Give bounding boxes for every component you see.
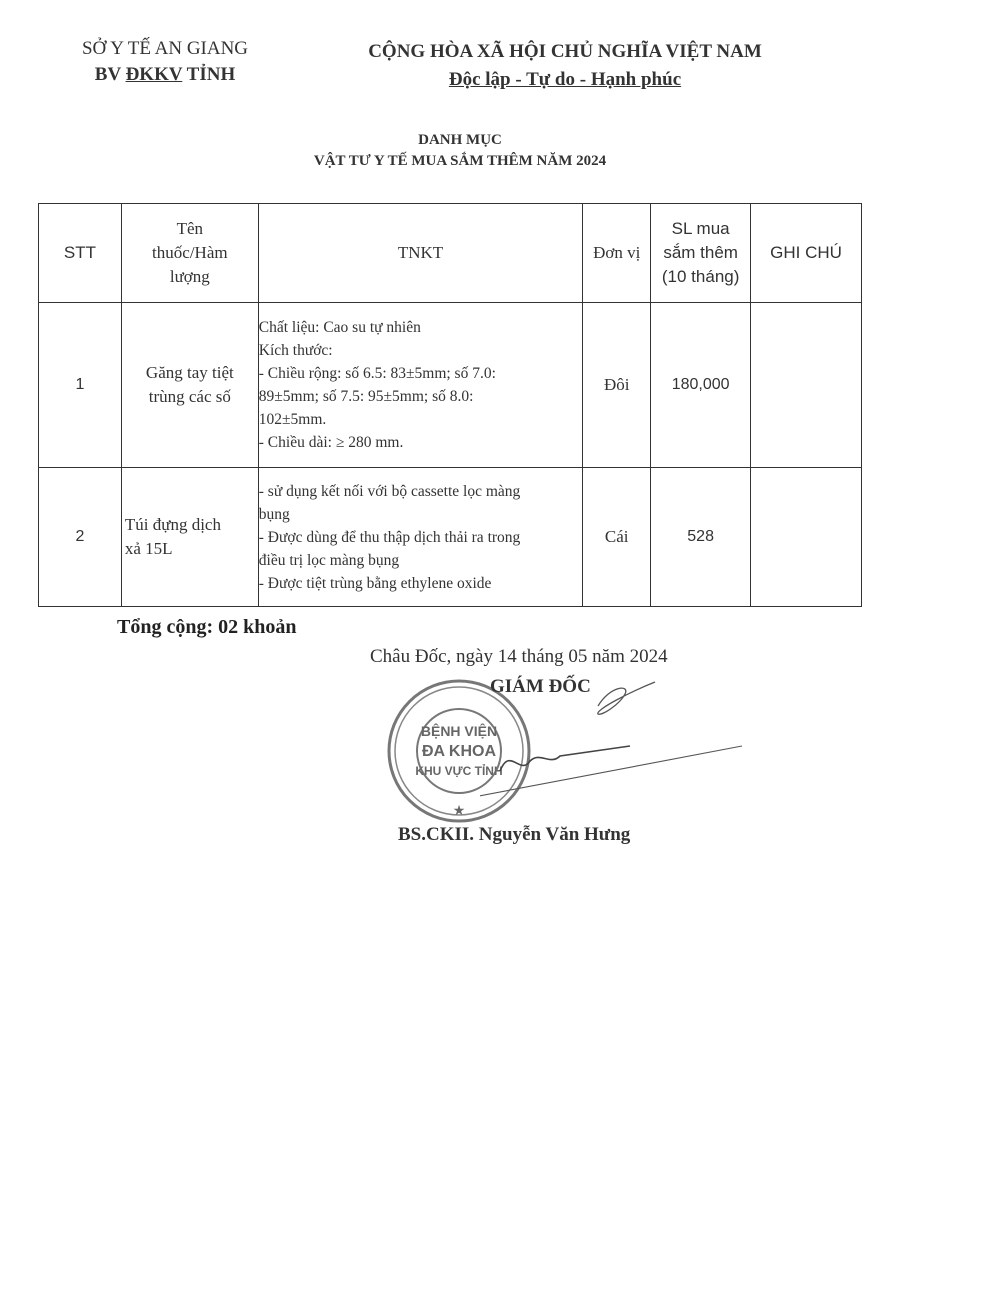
total-count: Tổng cộng: 02 khoản xyxy=(117,616,297,639)
cell-name: Găng tay tiệt trùng các số xyxy=(121,303,258,468)
cell-name-line: trùng các số xyxy=(122,385,258,409)
cell-name-line: Túi đựng dịch xyxy=(125,513,258,537)
cell-qty: 180,000 xyxy=(651,303,751,468)
table-row: 1 Găng tay tiệt trùng các số Chất liệu: … xyxy=(39,303,862,468)
cell-spec: - sử dụng kết nối với bộ cassette lọc mà… xyxy=(258,468,583,607)
hospital-abbrev: ĐKKV xyxy=(126,64,183,85)
agency-hospital: BV ĐKKV TỈNH xyxy=(40,62,290,88)
svg-text:★: ★ xyxy=(453,804,466,819)
motto: Độc lập - Tự do - Hạnh phúc xyxy=(330,66,800,94)
header-name-line: lượng xyxy=(122,265,258,289)
hospital-prefix: BV xyxy=(95,64,126,85)
agency-department: SỞ Y TẾ AN GIANG xyxy=(40,36,290,62)
spec-line: - Chiều rộng: số 6.5: 83±5mm; số 7.0: xyxy=(259,362,583,385)
spec-line: 89±5mm; số 7.5: 95±5mm; số 8.0: xyxy=(259,385,583,408)
header-name-line: Tên xyxy=(122,217,258,241)
cell-spec: Chất liệu: Cao su tự nhiên Kích thước: -… xyxy=(258,303,583,468)
spec-line: bụng xyxy=(259,503,583,526)
cell-unit: Cái xyxy=(583,468,651,607)
cell-qty: 528 xyxy=(651,468,751,607)
title-line-2: VẬT TƯ Y TẾ MUA SẮM THÊM NĂM 2024 xyxy=(230,151,690,172)
header-qty-line: SL mua xyxy=(651,217,750,241)
signer-name: BS.CKII. Nguyễn Văn Hưng xyxy=(398,824,630,846)
national-motto: CỘNG HÒA XÃ HỘI CHỦ NGHĨA VIỆT NAM Độc l… xyxy=(330,38,800,94)
header-qty-line: sắm thêm xyxy=(651,241,750,265)
cell-name-line: xả 15L xyxy=(125,537,258,561)
cell-name-line: Găng tay tiệt xyxy=(122,361,258,385)
signature-icon xyxy=(480,676,750,826)
title-line-1: DANH MỤC xyxy=(230,130,690,151)
cell-note xyxy=(751,303,862,468)
spec-line: 102±5mm. xyxy=(259,408,583,431)
country-name: CỘNG HÒA XÃ HỘI CHỦ NGHĨA VIỆT NAM xyxy=(330,38,800,66)
spec-line: - Chiều dài: ≥ 280 mm. xyxy=(259,431,583,454)
cell-unit: Đôi xyxy=(583,303,651,468)
header-qty-line: (10 tháng) xyxy=(651,265,750,289)
header-name-line: thuốc/Hàm xyxy=(122,241,258,265)
header-tnkt: TNKT xyxy=(258,204,583,303)
header-name: Tên thuốc/Hàm lượng xyxy=(121,204,258,303)
supplies-table: STT Tên thuốc/Hàm lượng TNKT Đơn vị SL m… xyxy=(38,203,862,607)
cell-stt: 1 xyxy=(39,303,122,468)
header-note: GHI CHÚ xyxy=(751,204,862,303)
spec-line: điều trị lọc màng bụng xyxy=(259,549,583,572)
spec-line: - Được dùng để thu thập dịch thải ra tro… xyxy=(259,526,583,549)
document-title: DANH MỤC VẬT TƯ Y TẾ MUA SẮM THÊM NĂM 20… xyxy=(230,130,690,172)
spec-line: - Được tiệt trùng bằng ethylene oxide xyxy=(259,572,583,595)
table-header-row: STT Tên thuốc/Hàm lượng TNKT Đơn vị SL m… xyxy=(39,204,862,303)
header-stt: STT xyxy=(39,204,122,303)
header-unit: Đơn vị xyxy=(583,204,651,303)
cell-stt: 2 xyxy=(39,468,122,607)
hospital-suffix: TỈNH xyxy=(182,64,235,85)
place-date: Châu Đốc, ngày 14 tháng 05 năm 2024 xyxy=(370,646,668,668)
spec-line: - sử dụng kết nối với bộ cassette lọc mà… xyxy=(259,480,583,503)
cell-note xyxy=(751,468,862,607)
table-row: 2 Túi đựng dịch xả 15L - sử dụng kết nối… xyxy=(39,468,862,607)
header-qty: SL mua sắm thêm (10 tháng) xyxy=(651,204,751,303)
spec-line: Kích thước: xyxy=(259,339,583,362)
spec-line: Chất liệu: Cao su tự nhiên xyxy=(259,316,583,339)
cell-name: Túi đựng dịch xả 15L xyxy=(121,468,258,607)
issuing-agency: SỞ Y TẾ AN GIANG BV ĐKKV TỈNH xyxy=(40,36,290,88)
